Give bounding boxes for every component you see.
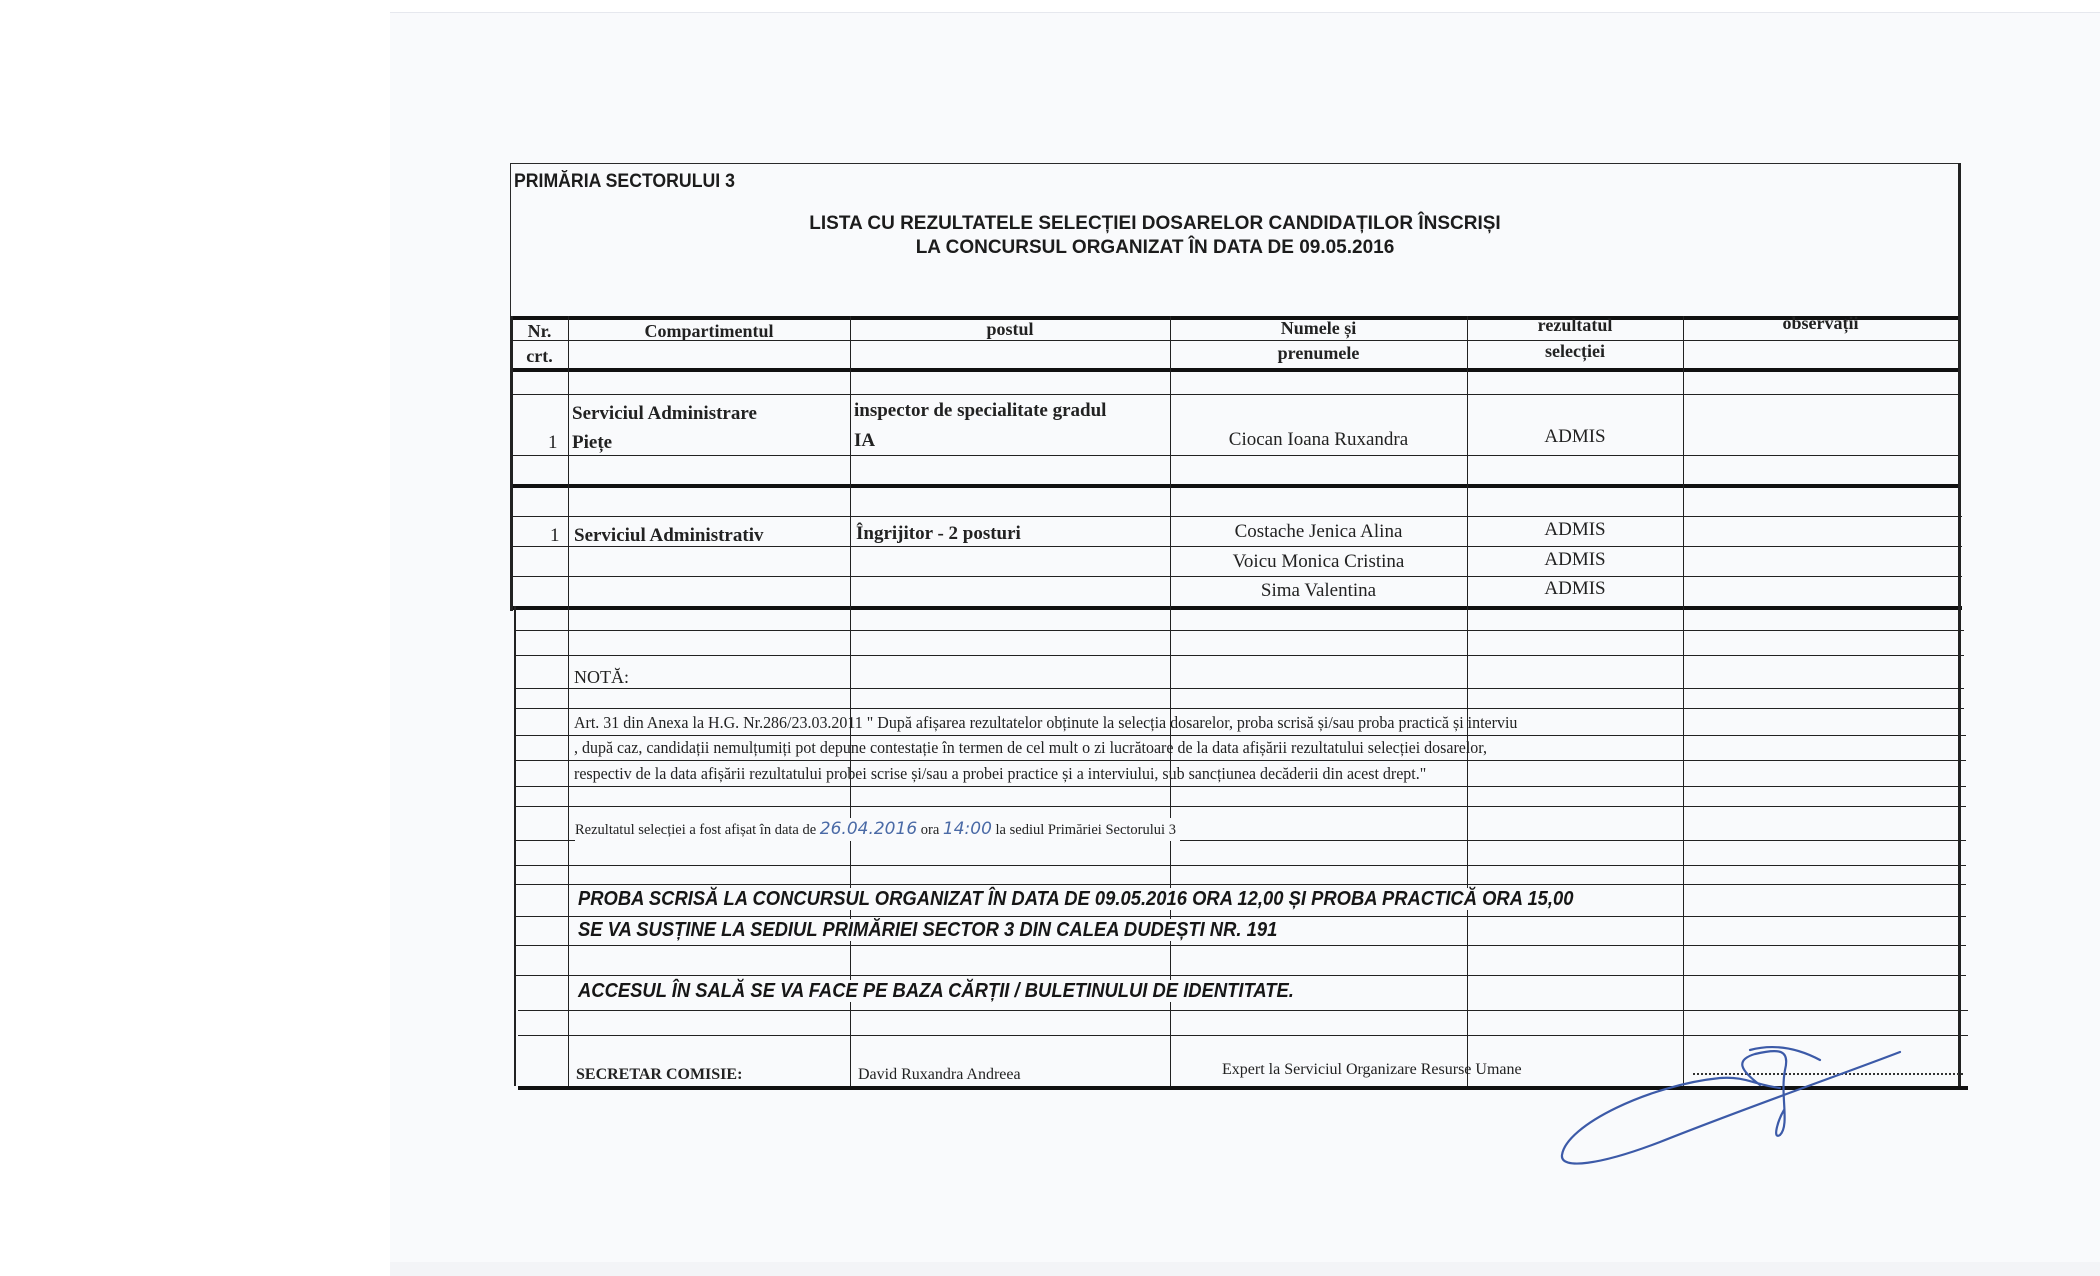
note-line-2: , după caz, candidații nemulțumiți pot d…: [574, 737, 1487, 759]
row-compartiment-cont: Piețe: [572, 432, 612, 454]
row-post: inspector de specialitate gradul: [854, 400, 1106, 422]
row-candidate-name: Costache Jenica Alina: [1170, 521, 1467, 543]
posting-prefix: Rezultatul selecției a fost afișat în da…: [575, 822, 816, 838]
secretary-role: Expert la Serviciul Organizare Resurse U…: [1222, 1059, 1522, 1081]
secretary-name: David Ruxandra Andreea: [858, 1064, 1021, 1086]
organization-name: PRIMĂRIA SECTORULUI 3: [514, 171, 735, 193]
header-crt: crt.: [511, 345, 568, 367]
document-title-line2: LA CONCURSUL ORGANIZAT ÎN DATA DE 09.05.…: [510, 237, 1800, 259]
row-compartiment: Serviciul Administrativ: [574, 525, 763, 547]
header-compartiment: Compartimentul: [568, 320, 850, 342]
header-rezultat: rezultatul: [1467, 314, 1683, 336]
row-nr: 1: [548, 432, 558, 454]
header-post: postul: [850, 318, 1170, 340]
header-nr: Nr.: [511, 320, 568, 342]
row-candidate-name: Voicu Monica Cristina: [1170, 551, 1467, 573]
row-candidate-name: Ciocan Ioana Ruxandra: [1170, 429, 1467, 451]
posting-ora-label: ora: [921, 822, 940, 838]
row-result: ADMIS: [1467, 578, 1683, 600]
header-prenume: prenumele: [1170, 342, 1467, 364]
announcement-exam-schedule: PROBA SCRISĂ LA CONCURSUL ORGANIZAT ÎN D…: [578, 888, 1573, 910]
note-line-1: Art. 31 din Anexa la H.G. Nr.286/23.03.2…: [574, 712, 1517, 734]
row-result: ADMIS: [1467, 426, 1683, 448]
row-compartiment: Serviciul Administrare: [572, 403, 757, 425]
header-nume: Numele și: [1170, 317, 1467, 339]
row-post: Îngrijitor - 2 posturi: [856, 523, 1021, 545]
posting-time-handwritten: 14:00: [943, 819, 992, 839]
handwritten-signature-icon: [1540, 1030, 1920, 1170]
row-result: ADMIS: [1467, 549, 1683, 571]
row-post-cont: IA: [854, 430, 875, 452]
header-observatii: observații: [1683, 312, 1958, 334]
row-candidate-name: Sima Valentina: [1170, 580, 1467, 602]
row-result: ADMIS: [1467, 519, 1683, 541]
posting-statement: Rezultatul selecției a fost afișat în da…: [575, 818, 1180, 841]
document-title-line1: LISTA CU REZULTATELE SELECȚIEI DOSARELOR…: [510, 213, 1800, 235]
announcement-id-requirement: ACCESUL ÎN SALĂ SE VA FACE PE BAZA CĂRȚI…: [578, 980, 1294, 1002]
scan-bottom-edge: [390, 1262, 2100, 1276]
posting-date-handwritten: 26.04.2016: [820, 819, 917, 839]
note-label: NOTĂ:: [574, 666, 629, 688]
announcement-exam-location: SE VA SUSȚINE LA SEDIUL PRIMĂRIEI SECTOR…: [578, 919, 1277, 941]
note-line-3: respectiv de la data afișării rezultatul…: [574, 763, 1426, 785]
header-selectiei: selecției: [1467, 340, 1683, 362]
posting-suffix: la sediul Primăriei Sectorului 3: [996, 822, 1176, 838]
secretary-label: SECRETAR COMISIE:: [576, 1064, 742, 1086]
row-nr: 1: [550, 525, 560, 547]
